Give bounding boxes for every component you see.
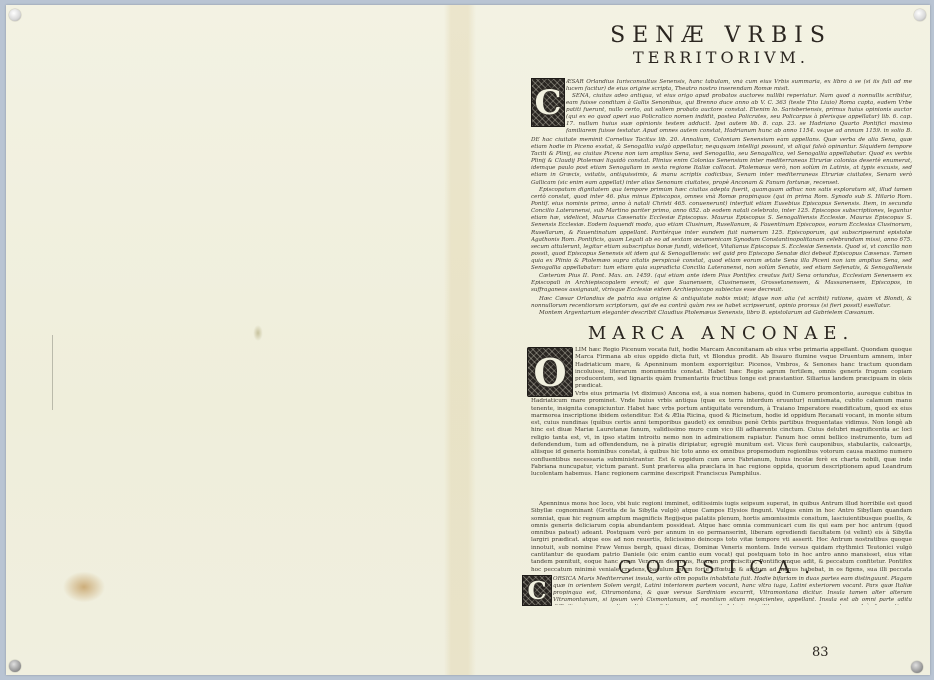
- paragraph: Hæc Cæsar Orlandius de patria sua origin…: [531, 296, 912, 310]
- decorated-initial-c: C: [522, 575, 552, 606]
- paragraph: Episcopatum dignitatem qua tempore primù…: [531, 187, 912, 272]
- paragraph: ÆSAR Orlandius Iurisconsultus Senensis, …: [566, 79, 912, 93]
- section-title-senae-line2: TERRITORIVM.: [530, 48, 912, 67]
- crease-mark: [52, 335, 53, 410]
- mounting-pin-icon: [9, 9, 21, 21]
- mounting-pin-icon: [9, 660, 21, 672]
- mounting-pin-icon: [911, 661, 923, 673]
- paragraph: DE hac ciuitate meminit Cornelius Tacitu…: [531, 137, 912, 187]
- paragraph: Cæterùm Pius II. Pont. Max. an. 1459. (q…: [531, 273, 912, 295]
- section-title-senae-line1: SENÆ VRBIS: [530, 23, 912, 48]
- section-title-corsica: CORSICA.: [530, 557, 912, 578]
- paragraph: LIM hæc Regio Picenum vocata fuit, hodie…: [575, 347, 912, 391]
- decorated-initial-o: O: [527, 347, 573, 397]
- page-number: 83: [812, 645, 829, 660]
- paragraph: Montem Argentarium elegantèr describit C…: [531, 310, 912, 317]
- mounting-pin-icon: [914, 9, 926, 21]
- paragraph: ORSICA Maris Mediterranei insula, variis…: [553, 576, 912, 605]
- section-title-marca-anconae: MARCA ANCONAE.: [530, 323, 912, 344]
- decorated-initial-c: C: [531, 78, 565, 127]
- paragraph: SENA, ciuitas adeo antiqua, vt eius orig…: [566, 93, 912, 136]
- paragraph: Vrbs eius primaria (vt diximus) Ancona e…: [531, 391, 912, 500]
